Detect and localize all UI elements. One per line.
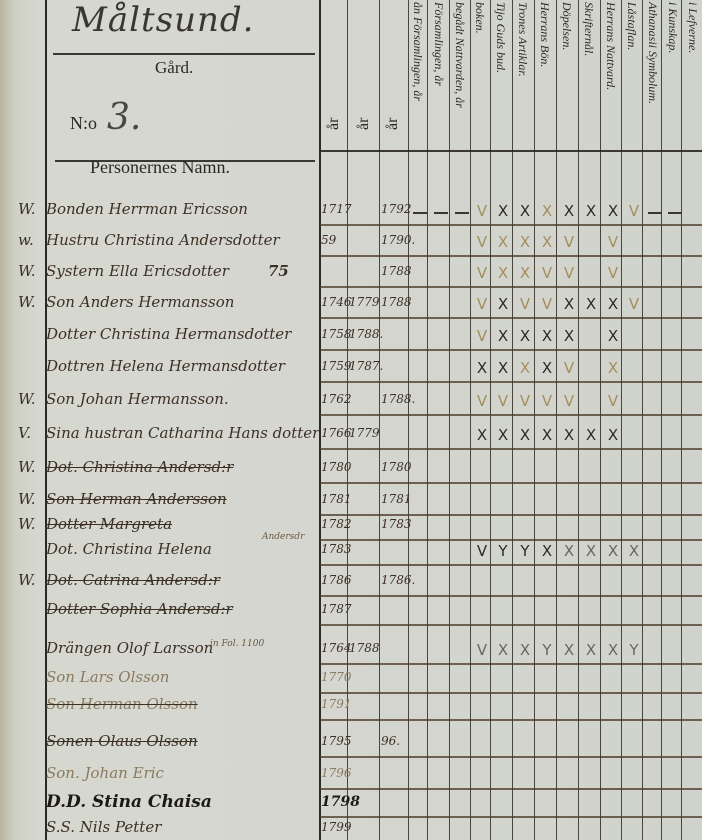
person-name: Bonden Herrman Ericsson [46, 200, 248, 218]
exam-mark: X [537, 233, 557, 251]
col-rule [621, 0, 622, 840]
year-col-3: 1780 [381, 460, 412, 474]
year-col-3: 96. [381, 734, 400, 748]
year-header-3: år [384, 118, 402, 130]
row-rule [320, 224, 702, 226]
exam-mark: X [472, 426, 492, 444]
dash-mark [648, 212, 662, 214]
margin-mark: W. [18, 262, 36, 280]
col-header-7: Döpelsen. [559, 2, 574, 50]
col-header-6: Herrans Bön. [537, 2, 552, 67]
col-header-13: i Lefverne. [685, 2, 700, 53]
exam-mark: X [559, 327, 579, 345]
exam-mark: X [493, 295, 513, 313]
margin-mark: W. [18, 571, 36, 589]
col-header-4: Tijo Guds bud. [493, 2, 508, 73]
col-header-8: Skrifternål. [581, 2, 596, 56]
exam-mark: X [603, 359, 623, 377]
row-rule [320, 564, 702, 566]
year-col-3: 1792 [381, 202, 412, 216]
exam-mark: X [624, 542, 644, 560]
exam-mark: X [581, 641, 601, 659]
year-col-3: 1788. [381, 392, 415, 406]
row-rule [320, 514, 702, 516]
exam-mark: V [493, 392, 513, 410]
birth-year: 59 [321, 233, 336, 247]
exam-mark: X [472, 359, 492, 377]
col-rule [681, 0, 682, 840]
margin-mark: W. [18, 293, 36, 311]
exam-mark: V [624, 202, 644, 220]
year-col-3: 1790. [381, 233, 415, 247]
farm-label: Gård. [155, 58, 193, 78]
birth-year: 1799 [321, 820, 352, 834]
row-rule [320, 482, 702, 484]
col-rule [578, 0, 579, 840]
margin-rule [45, 0, 47, 840]
exam-mark: V [472, 392, 492, 410]
col-rule [661, 0, 662, 840]
person-name: Dotter Margreta [46, 515, 172, 533]
birth-year: 1717 [321, 202, 352, 216]
col-rule [427, 0, 428, 840]
exam-mark: X [603, 295, 623, 313]
exam-mark: X [537, 202, 557, 220]
col-rule [556, 0, 557, 840]
year-col-3: 1786. [381, 573, 415, 587]
dash-mark [668, 212, 682, 214]
birth-year: 1791 [321, 697, 352, 711]
col-header-9: Herrans Nattvard. [603, 2, 618, 90]
exam-mark: X [603, 426, 623, 444]
col-rule [534, 0, 535, 840]
person-name: Son Herman Olsson [46, 695, 198, 713]
birth-year: 1782 [321, 517, 352, 531]
person-name: Son Anders Hermansson [46, 293, 234, 311]
year-col-3: 1783 [381, 517, 412, 531]
exam-mark: V [559, 264, 579, 282]
exam-mark: X [515, 202, 535, 220]
exam-mark: X [515, 426, 535, 444]
exam-mark: X [581, 295, 601, 313]
year-rule-3 [408, 0, 409, 840]
exam-mark: V [559, 392, 579, 410]
birth-year: 1787 [321, 602, 352, 616]
exam-mark: X [603, 641, 623, 659]
col-header-1: Församlingen, år [431, 2, 446, 86]
exam-mark: X [515, 264, 535, 282]
exam-mark: X [581, 202, 601, 220]
person-name: Son. Johan Eric [46, 764, 164, 782]
birth-year: 1764 [321, 641, 352, 655]
col-header-5: Trones Artiklar. [515, 2, 530, 77]
register-page: Måltsund. Gård. N:o 3. Personernes Namn.… [0, 0, 702, 840]
person-name: Son Lars Olsson [46, 668, 169, 686]
exam-mark: V [472, 264, 492, 282]
birth-year: 1746 [321, 295, 352, 309]
exam-mark: X [559, 641, 579, 659]
person-name: Sina hustran Catharina Hans dotter [46, 424, 319, 442]
exam-mark: V [537, 295, 557, 313]
year-col-3: 1788 [381, 295, 412, 309]
year-col-2: 1779 [349, 426, 380, 440]
col-rule [600, 0, 601, 840]
margin-mark: W. [18, 490, 36, 508]
col-rule [449, 0, 450, 840]
person-name: Sonen Olaus Olsson [46, 732, 198, 750]
annotation: in Fol. 1100 [210, 639, 264, 649]
row-rule [320, 756, 702, 758]
col-header-10: Låstaflan. [624, 2, 639, 50]
row-rule [320, 816, 702, 818]
birth-year: 1759 [321, 359, 352, 373]
birth-year: 1762 [321, 392, 352, 406]
dash-mark [455, 212, 469, 214]
year-col-2: 1788. [349, 327, 383, 341]
exam-mark: V [472, 295, 492, 313]
col-rule [470, 0, 471, 840]
exam-mark: Y [537, 641, 557, 659]
person-name: Hustru Christina Andersdotter [46, 231, 280, 249]
col-header-0: ån Församlingen, år [410, 2, 425, 101]
exam-mark: X [537, 327, 557, 345]
exam-mark: V [603, 264, 623, 282]
col-rule [490, 0, 491, 840]
exam-mark: X [581, 426, 601, 444]
year-header-1: år [325, 118, 343, 130]
margin-mark: W. [18, 515, 36, 533]
birth-year: 1766 [321, 426, 352, 440]
exam-mark: X [537, 359, 557, 377]
year-col-3: 1781 [381, 492, 412, 506]
margin-mark: W. [18, 390, 36, 408]
row-rule [320, 692, 702, 694]
row-rule [320, 663, 702, 665]
col-header-11: Athanasii Symbolum. [645, 2, 660, 104]
birth-year: 1770 [321, 670, 352, 684]
exam-mark: V [559, 359, 579, 377]
exam-mark: X [603, 542, 623, 560]
person-name: Dot. Christina Andersd:r [46, 458, 233, 476]
row-rule [320, 414, 702, 416]
exam-mark: V [515, 295, 535, 313]
col-rule [642, 0, 643, 840]
row-rule [320, 719, 702, 721]
exam-mark: X [581, 542, 601, 560]
row-rule [320, 539, 702, 541]
exam-mark: V [624, 295, 644, 313]
row-rule [320, 595, 702, 597]
exam-mark: X [493, 426, 513, 444]
row-rule [320, 255, 702, 257]
birth-year: 1781 [321, 492, 352, 506]
exam-mark: Y [515, 542, 535, 560]
year-col-2: 1788 [349, 641, 380, 655]
exam-mark: X [515, 327, 535, 345]
col-header-3: boken. [472, 2, 487, 34]
exam-mark: V [603, 392, 623, 410]
exam-mark: V [515, 392, 535, 410]
person-name: Drängen Olof Larsson [46, 639, 213, 657]
exam-mark: V [537, 264, 557, 282]
margin-mark: W. [18, 458, 36, 476]
exam-mark: X [603, 202, 623, 220]
margin-mark: w. [18, 231, 34, 249]
year-header-2: år [355, 118, 373, 130]
year-col-2: 1779 [349, 295, 380, 309]
exam-mark: V [472, 542, 492, 560]
exam-mark: X [515, 641, 535, 659]
row-rule [320, 286, 702, 288]
exam-mark: V [559, 233, 579, 251]
annotation: 75 [268, 262, 289, 280]
farm-number: 3. [107, 97, 141, 138]
exam-mark: V [603, 233, 623, 251]
person-name: Systern Ella Ericsdotter [46, 262, 229, 280]
row-rule [320, 624, 702, 626]
header-rule-farm [53, 53, 315, 55]
exam-mark: X [603, 327, 623, 345]
person-name: Dot. Catrina Andersd:r [46, 571, 220, 589]
person-name: Son Herman Andersson [46, 490, 227, 508]
person-name: D.D. Stina Chaisa [46, 792, 212, 812]
col-rule [512, 0, 513, 840]
col-header-2: begådt Nattvarden, år [452, 2, 467, 108]
exam-mark: X [537, 542, 557, 560]
margin-mark: W. [18, 200, 36, 218]
exam-mark: X [493, 264, 513, 282]
row-rule [320, 381, 702, 383]
exam-mark: X [493, 233, 513, 251]
farm-name: Måltsund. [72, 0, 254, 40]
person-name: Dotter Sophia Andersd:r [46, 600, 233, 618]
exam-mark: X [493, 202, 513, 220]
exam-mark: X [493, 359, 513, 377]
birth-year: 1798 [321, 794, 360, 810]
birth-year: 1780 [321, 460, 352, 474]
exam-mark: X [559, 295, 579, 313]
exam-mark: X [493, 641, 513, 659]
person-name: S.S. Nils Petter [46, 818, 161, 836]
birth-year: 1758 [321, 327, 352, 341]
year-col-2: 1787. [349, 359, 383, 373]
row-rule [320, 448, 702, 450]
margin-mark: V. [18, 424, 31, 442]
exam-mark: X [559, 426, 579, 444]
person-name: Dotter Christina Hermansdotter [46, 325, 291, 343]
person-name: Son Johan Hermansson. [46, 390, 229, 408]
exam-mark: V [472, 233, 492, 251]
exam-mark: X [559, 542, 579, 560]
person-name: Dottren Helena Hermansdotter [46, 357, 285, 375]
exam-mark: V [472, 641, 492, 659]
name-column-rule [319, 0, 321, 840]
row-rule [320, 349, 702, 351]
row-rule [320, 317, 702, 319]
annotation: Andersdr [262, 532, 304, 542]
exam-mark: X [559, 202, 579, 220]
birth-year: 1795 [321, 734, 352, 748]
col-header-12: i Kunskap. [665, 2, 680, 53]
exam-mark: V [472, 327, 492, 345]
exam-mark: V [537, 392, 557, 410]
exam-mark: X [515, 233, 535, 251]
exam-mark: X [493, 327, 513, 345]
year-rule-1 [347, 0, 348, 840]
birth-year: 1783 [321, 542, 352, 556]
exam-mark: X [537, 426, 557, 444]
exam-mark: V [472, 202, 492, 220]
person-name: Dot. Christina Helena [46, 540, 212, 558]
year-rule-2 [379, 0, 380, 840]
header-bottom-rule [320, 150, 702, 152]
exam-mark: Y [624, 641, 644, 659]
names-column-header: Personernes Namn. [90, 157, 230, 178]
dash-mark [434, 212, 448, 214]
row-rule [320, 788, 702, 790]
birth-year: 1796 [321, 766, 352, 780]
exam-mark: X [515, 359, 535, 377]
number-label: N:o [70, 113, 97, 134]
exam-mark: Y [493, 542, 513, 560]
birth-year: 1786 [321, 573, 352, 587]
year-col-3: 1788 [381, 264, 412, 278]
dash-mark [413, 212, 427, 214]
